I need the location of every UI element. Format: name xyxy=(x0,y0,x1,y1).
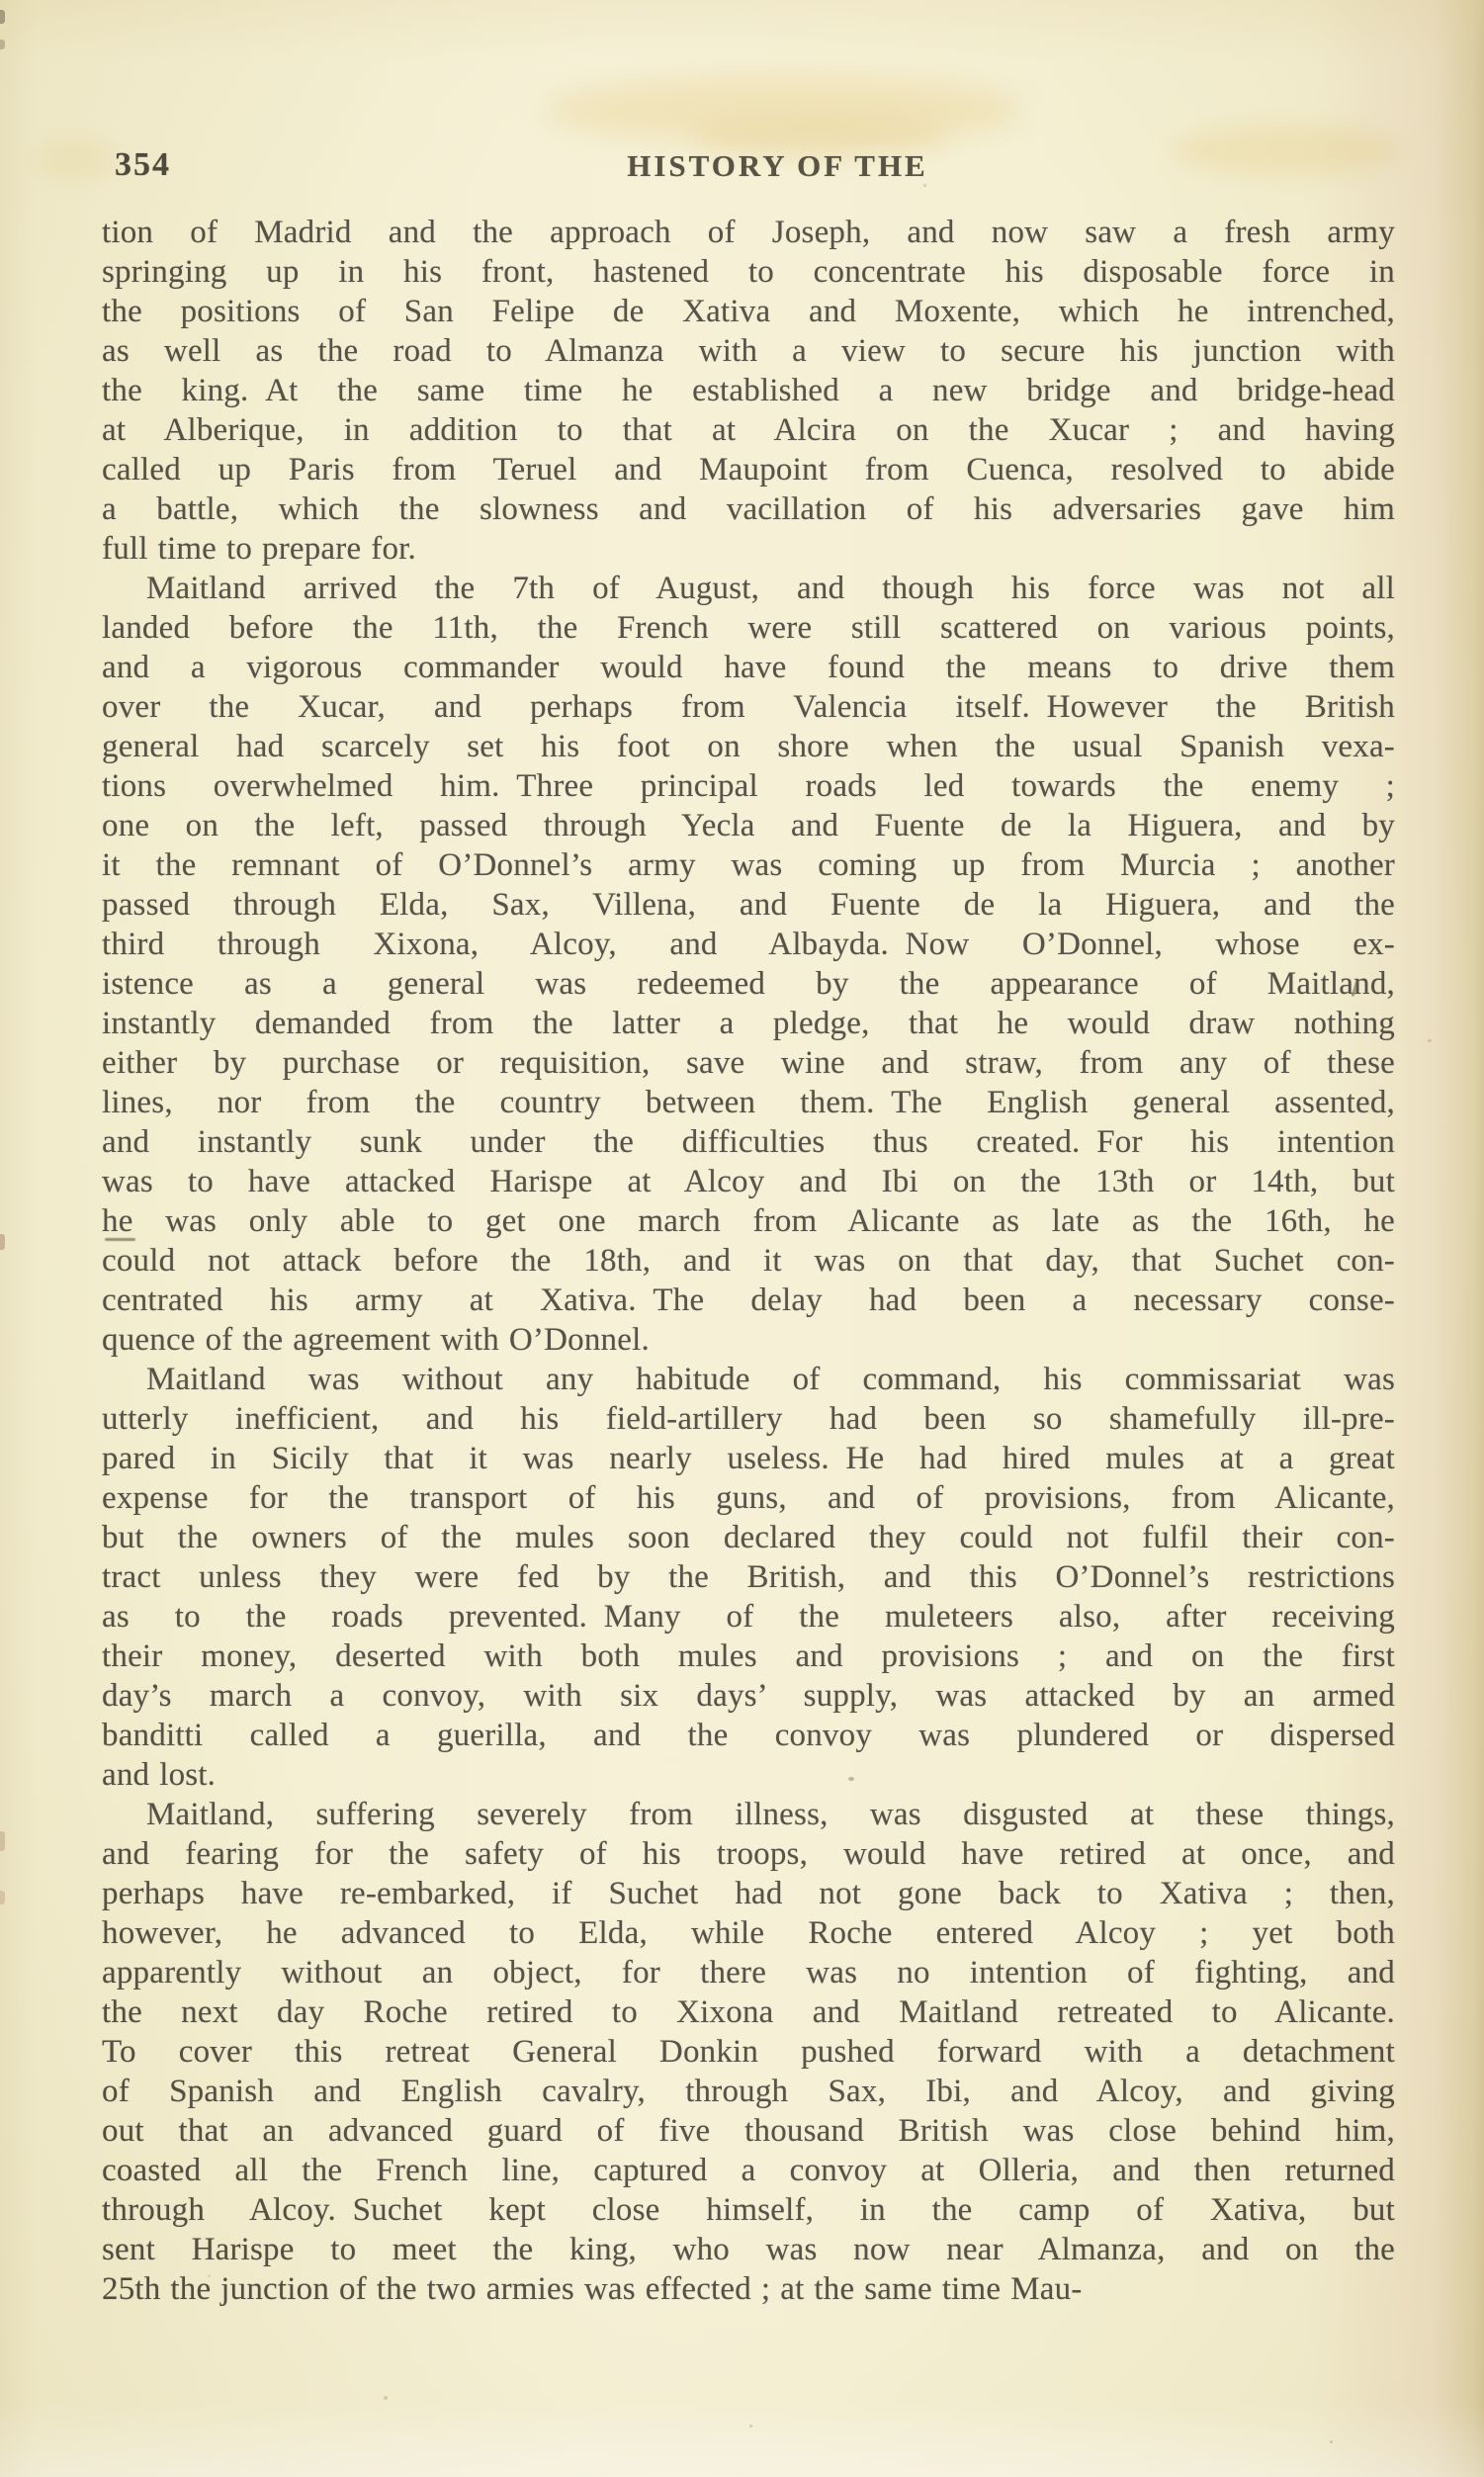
text-line: landed before the 11th, the French were … xyxy=(102,608,1395,648)
text-line: quence of the agreement with O’Donnel. xyxy=(102,1320,1395,1360)
text-line: it the remnant of O’Donnel’s army was co… xyxy=(102,845,1395,885)
text-line: sent Harispe to meet the king, who was n… xyxy=(102,2230,1395,2269)
text-line: tion of Madrid and the approach of Josep… xyxy=(102,213,1395,252)
text-line: springing up in his front, hastened to c… xyxy=(102,252,1395,292)
text-line: general had scarcely set his foot on sho… xyxy=(102,727,1395,766)
text-line: banditti called a guerilla, and the conv… xyxy=(102,1716,1395,1755)
text-line: was to have attacked Harispe at Alcoy an… xyxy=(102,1162,1395,1201)
scan-mark xyxy=(0,40,5,49)
paper-speck xyxy=(923,184,926,187)
text-line: either by purchase or requisition, save … xyxy=(102,1043,1395,1083)
text-line: called up Paris from Teruel and Maupoint… xyxy=(102,450,1395,489)
text-line: as well as the road to Almanza with a vi… xyxy=(102,331,1395,371)
text-line: day’s march a convoy, with six days’ sup… xyxy=(102,1676,1395,1716)
text-line: through Alcoy. Suchet kept close himself… xyxy=(102,2190,1395,2230)
text-line: the positions of San Felipe de Xativa an… xyxy=(102,292,1395,331)
text-line: third through Xixona, Alcoy, and Albayda… xyxy=(102,925,1395,964)
text-line: full time to prepare for. xyxy=(102,529,1395,569)
paper-stain xyxy=(546,75,1020,144)
text-line: and lost. xyxy=(102,1755,1395,1795)
text-line: at Alberique, in addition to that at Alc… xyxy=(102,410,1395,450)
text-line: and fearing for the safety of his troops… xyxy=(102,1834,1395,1874)
text-line: and a vigorous commander would have foun… xyxy=(102,648,1395,687)
text-line: tions overwhelmed him. Three principal r… xyxy=(102,766,1395,806)
text-line: and instantly sunk under the difficultie… xyxy=(102,1122,1395,1162)
text-line: apparently without an object, for there … xyxy=(102,1953,1395,1992)
text-line: as to the roads prevented. Many of the m… xyxy=(102,1597,1395,1637)
paper-speck xyxy=(1330,2440,1333,2443)
text-line: coasted all the French line, captured a … xyxy=(102,2151,1395,2190)
book-page-scan: 354 HISTORY OF THE tion of Madrid and th… xyxy=(0,0,1484,2477)
text-line: istence as a general was redeemed by the… xyxy=(102,964,1395,1004)
text-line: the next day Roche retired to Xixona and… xyxy=(102,1992,1395,2032)
scan-mark xyxy=(0,1831,5,1851)
text-line: expense for the transport of his guns, a… xyxy=(102,1478,1395,1518)
text-line: perhaps have re-embarked, if Suchet had … xyxy=(102,1874,1395,1913)
text-line: their money, deserted with both mules an… xyxy=(102,1637,1395,1676)
text-line: he was only able to get one march from A… xyxy=(102,1201,1395,1241)
text-line: tract unless they were fed by the Britis… xyxy=(102,1557,1395,1597)
text-line: instantly demanded from the latter a ple… xyxy=(102,1004,1395,1043)
page-body: tion of Madrid and the approach of Josep… xyxy=(102,213,1395,2309)
text-line: Maitland, suffering severely from illnes… xyxy=(102,1795,1395,1834)
text-line: Maitland arrived the 7th of August, and … xyxy=(102,569,1395,608)
text-line: utterly inefficient, and his field-artil… xyxy=(102,1399,1395,1439)
text-line: Maitland was without any habitude of com… xyxy=(102,1360,1395,1399)
text-line: To cover this retreat General Donkin pus… xyxy=(102,2032,1395,2072)
text-line: a battle, which the slowness and vacilla… xyxy=(102,489,1395,529)
text-line: centrated his army at Xativa. The delay … xyxy=(102,1281,1395,1320)
text-line: could not attack before the 18th, and it… xyxy=(102,1241,1395,1281)
scan-mark xyxy=(0,1891,5,1904)
text-line: pared in Sicily that it was nearly usele… xyxy=(102,1439,1395,1478)
paper-speck xyxy=(1428,1039,1432,1042)
text-line: one on the left, passed through Yecla an… xyxy=(102,806,1395,845)
scan-mark xyxy=(0,1234,5,1250)
text-line: of Spanish and English cavalry, through … xyxy=(102,2072,1395,2111)
text-line: over the Xucar, and perhaps from Valenci… xyxy=(102,687,1395,727)
text-line: lines, nor from the country between them… xyxy=(102,1083,1395,1122)
paper-speck xyxy=(749,2425,752,2428)
scan-mark xyxy=(0,10,5,24)
text-line: but the owners of the mules soon declare… xyxy=(102,1518,1395,1557)
text-line: the king. At the same time he establishe… xyxy=(102,371,1395,410)
running-header: HISTORY OF THE xyxy=(71,148,1484,184)
text-line: 25th the junction of the two armies was … xyxy=(102,2269,1395,2309)
text-line: passed through Elda, Sax, Villena, and F… xyxy=(102,885,1395,925)
paper-speck xyxy=(384,2396,388,2400)
text-line: however, he advanced to Elda, while Roch… xyxy=(102,1913,1395,1953)
text-line: out that an advanced guard of five thous… xyxy=(102,2111,1395,2151)
